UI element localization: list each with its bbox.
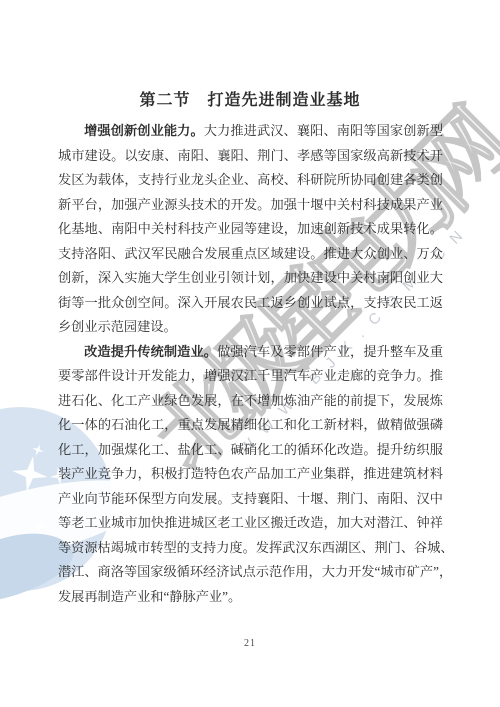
text-line: 支持洛阳、武汉军民融合发展重点区域建设。推进大众创业、万众 xyxy=(58,242,443,267)
paragraph-lead: 改造提升传统制造业。 xyxy=(84,344,217,359)
section-title: 第二节 打造先进制造业基地 xyxy=(0,87,500,110)
text-line: 产业向节能环保型方向发展。支持襄阳、十堰、荆门、南阳、汉中 xyxy=(58,487,443,512)
text-line: 化基地、南阳中关村科技产业园等建设，加速创新技术成果转化。 xyxy=(58,217,443,242)
text-line: 城市建设。以安康、南阳、襄阳、荆门、孝感等国家级高新技术开 xyxy=(58,144,443,169)
text-line: 发展再制造产业和“静脉产业”。 xyxy=(58,585,443,610)
text-line: 进石化、化工产业绿色发展，在不增加炼油产能的前提下，发展炼 xyxy=(58,389,443,414)
text-line: 改造提升传统制造业。做强汽车及零部件产业，提升整车及重 xyxy=(58,340,443,365)
text-line: 要零部件设计开发能力，增强汉江千里汽车产业走廊的竞争力。推 xyxy=(58,364,443,389)
text-line: 乡创业示范园建设。 xyxy=(58,315,443,340)
body-text: 增强创新创业能力。大力推进武汉、襄阳、南阳等国家创新型 城市建设。以安康、南阳、… xyxy=(58,119,443,609)
text-line: 化工，加强煤化工、盐化工、碱硝化工的循环化改造。提升纺织服 xyxy=(58,438,443,463)
text-line: 街等一批众创空间。深入开展农民工返乡创业试点，支持农民工返 xyxy=(58,291,443,316)
text-line: 潜江、商洛等国家级循环经济试点示范作用，大力开发“城市矿产”， xyxy=(58,560,443,585)
text-line: 增强创新创业能力。大力推进武汉、襄阳、南阳等国家创新型 xyxy=(58,119,443,144)
text-line: 装产业竞争力，积极打造特色农产品加工产业集群，推进建筑材料 xyxy=(58,462,443,487)
paragraph: 增强创新创业能力。大力推进武汉、襄阳、南阳等国家创新型 城市建设。以安康、南阳、… xyxy=(58,119,443,340)
text-line: 化一体的石油化工，重点发展精细化工和化工新材料，做精做强磷 xyxy=(58,413,443,438)
document-page: 第二节 打造先进制造业基地 增强创新创业能力。大力推进武汉、襄阳、南阳等国家创新… xyxy=(0,0,500,707)
page-number: 21 xyxy=(0,638,500,649)
paragraph: 改造提升传统制造业。做强汽车及零部件产业，提升整车及重 要零部件设计开发能力，增… xyxy=(58,340,443,610)
text-line: 创新，深入实施大学生创业引领计划，加快建设中关村南阳创业大 xyxy=(58,266,443,291)
text-line: 等老工业城市加快推进城区老工业区搬迁改造，加大对潜江、钟祥 xyxy=(58,511,443,536)
paragraph-text: 大力推进武汉、襄阳、南阳等国家创新型 xyxy=(204,123,443,138)
text-line: 发区为载体，支持行业龙头企业、高校、科研院所协同创建各类创 xyxy=(58,168,443,193)
paragraph-lead: 增强创新创业能力。 xyxy=(84,123,204,138)
text-line: 等资源枯竭城市转型的支持力度。发挥武汉东西湖区、荆门、谷城、 xyxy=(58,536,443,561)
text-line: 新平台，加强产业源头技术的开发。加强十堰中关村科技成果产业 xyxy=(58,193,443,218)
paragraph-text: 做强汽车及零部件产业，提升整车及重 xyxy=(217,344,443,359)
